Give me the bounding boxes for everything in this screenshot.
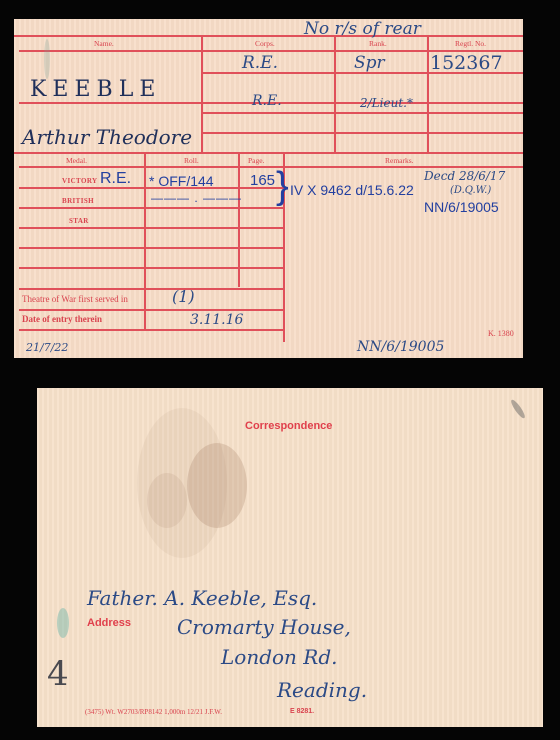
rank-value-1: Spr (354, 53, 385, 73)
medal-british: BRITISH (62, 197, 94, 205)
medal-index-card-back: Correspondence Address Father. A. Keeble… (37, 388, 543, 727)
stain (147, 473, 187, 528)
pencil-mark (509, 398, 527, 419)
rule (201, 35, 203, 152)
pencil-mark (44, 39, 50, 79)
rule (144, 152, 146, 329)
stain (187, 443, 247, 528)
surname: KEEBLE (30, 77, 161, 102)
date-entry-value: 3.11.16 (190, 312, 243, 328)
rule (238, 152, 240, 287)
roll-header: Roll. (184, 156, 199, 165)
name-header: Name. (94, 39, 114, 48)
rule (19, 166, 523, 168)
corps-header: Corps. (255, 39, 275, 48)
bottom-center-note: NN/6/19005 (357, 339, 444, 355)
rule (19, 288, 284, 290)
address-line-1: Father. A. Keeble, Esq. (87, 586, 317, 610)
printer-code: E 8281. (290, 708, 314, 715)
rule (14, 35, 523, 37)
theatre-value: (1) (172, 287, 195, 306)
remarks-line-1: Decd 28/6/17 (424, 169, 505, 183)
bottom-left-note: 21/7/22 (26, 341, 68, 354)
regtl-no-header: Regtl. No. (455, 39, 486, 48)
bracket-note: IV X 9462 d/15.6.22 (290, 182, 414, 198)
rule (19, 309, 284, 311)
rule (427, 35, 429, 152)
rank-value-2: 2/Lieut.* (360, 96, 413, 110)
theatre-label: Theatre of War first served in (22, 294, 128, 304)
remarks-line-3: NN/6/19005 (424, 199, 499, 215)
medal-star: STAR (69, 217, 89, 225)
rule (201, 132, 523, 134)
medal-victory: VICTORY (62, 177, 98, 185)
address-line-3: London Rd. (221, 645, 338, 669)
rule (14, 152, 523, 154)
printer-line: (3475) Wt. W2703/RP8142 1,000m 12/21 J.F… (85, 708, 222, 716)
remarks-line-2: (D.Q.W.) (450, 185, 491, 196)
ink-mark (57, 608, 69, 638)
rule (19, 329, 284, 331)
page-header: Page. (248, 156, 264, 165)
medal-header: Medal. (66, 156, 87, 165)
date-entry-label: Date of entry therein (22, 314, 102, 324)
victory-roll: * OFF/144 (149, 173, 214, 189)
rule (201, 112, 523, 114)
rule (19, 267, 284, 269)
address-line-4: Reading. (277, 678, 367, 702)
form-code: K. 1380 (488, 329, 514, 338)
annotation-top: No r/s of rear (304, 19, 421, 39)
correspondence-title: Correspondence (245, 420, 332, 432)
rule (19, 207, 284, 209)
rank-header: Rank. (369, 39, 387, 48)
british-roll: ——— . ——— (151, 191, 242, 205)
victory-page: 165 (250, 172, 275, 189)
medal-index-card-front: Name. Corps. Rank. Regtl. No. No r/s of … (14, 19, 523, 358)
regtl-no-value-1: 152367 (430, 52, 503, 74)
remarks-header: Remarks. (385, 156, 414, 165)
bracket: } (276, 165, 289, 208)
corps-value-1: R.E. (242, 53, 278, 73)
address-label: Address (87, 617, 131, 629)
address-line-2: Cromarty House, (177, 615, 351, 639)
victory-corps-note: R.E. (100, 170, 131, 188)
forenames: Arthur Theodore (22, 125, 192, 149)
corps-value-2: R.E. (252, 93, 282, 109)
rule (19, 227, 284, 229)
rule (334, 35, 336, 152)
margin-note: 4 (47, 654, 69, 694)
rule (19, 247, 284, 249)
